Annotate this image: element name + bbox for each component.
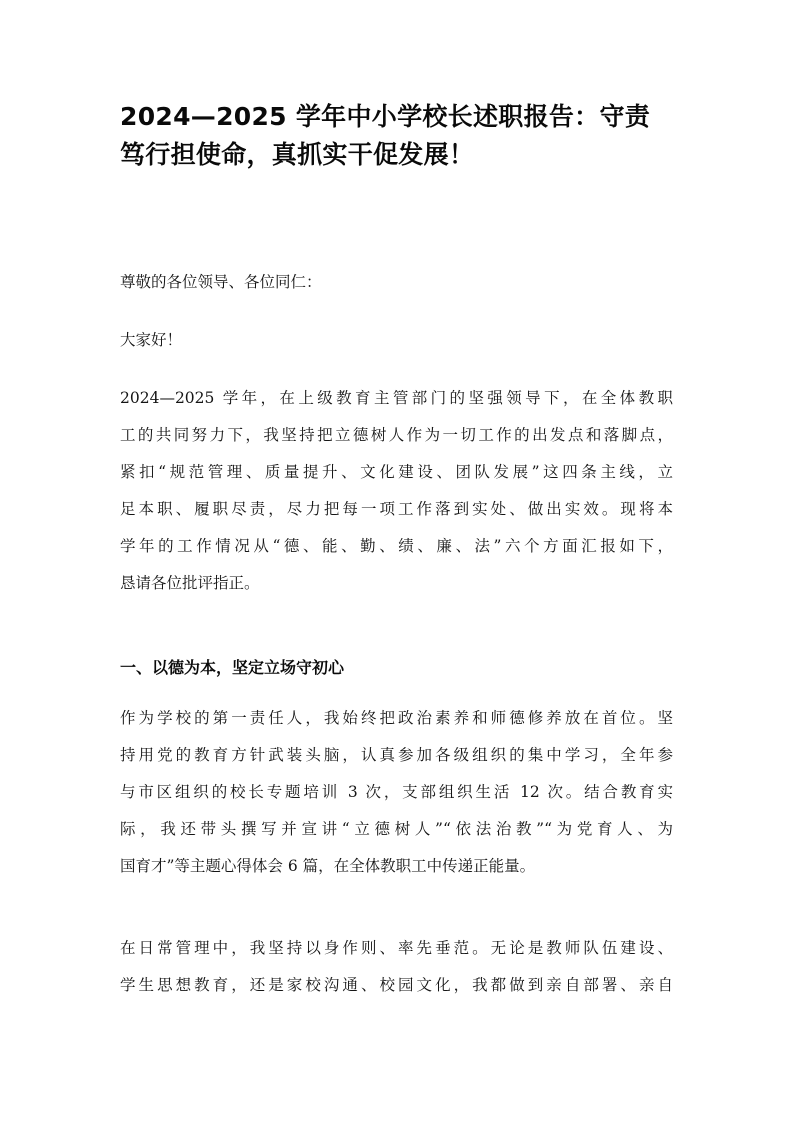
paragraph-line: 在日常管理中，我坚持以身作则、率先垂范。无论是教师队伍建设、 — [120, 930, 673, 967]
section-1-paragraph-2: 在日常管理中，我坚持以身作则、率先垂范。无论是教师队伍建设、 学生思想教育，还是… — [120, 930, 680, 1004]
salutation-text: 尊敬的各位领导、各位同仁： — [120, 264, 680, 301]
paragraph-line: 国育才”等主题心得体会 6 篇，在全体教职工中传递正能量。 — [120, 848, 673, 885]
paragraph-line: 学生思想教育，还是家校沟通、校园文化，我都做到亲自部署、亲自 — [120, 967, 673, 1004]
paragraph-line: 持用党的教育方针武装头脑，认真参加各级组织的集中学习，全年参 — [120, 737, 673, 774]
paragraph-line: 际，我还带头撰写并宣讲“立德树人”“依法治教”“为党育人、为 — [120, 811, 673, 848]
intro-paragraph: 2024—2025 学年，在上级教育主管部门的坚强领导下，在全体教职 工的共同努… — [120, 380, 680, 602]
paragraph-line: 与市区组织的校长专题培训 3 次，支部组织生活 12 次。结合教育实 — [120, 774, 673, 811]
paragraph-line: 紧扣“规范管理、质量提升、文化建设、团队发展”这四条主线，立 — [120, 454, 673, 491]
document-page: 2024—2025 学年中小学校长述职报告：守责 笃行担使命，真抓实干促发展！ … — [0, 0, 793, 1122]
paragraph-line: 恳请各位批评指正。 — [120, 565, 673, 602]
paragraph-line: 工的共同努力下，我坚持把立德树人作为一切工作的出发点和落脚点， — [120, 417, 673, 454]
greeting: 大家好！ — [120, 322, 680, 359]
title-line-2: 笃行担使命，真抓实干促发展！ — [120, 136, 680, 174]
greeting-text: 大家好！ — [120, 322, 680, 359]
title-line-1: 2024—2025 学年中小学校长述职报告：守责 — [120, 98, 680, 136]
section-heading-1: 一、以德为本，坚定立场守初心 — [120, 649, 680, 686]
paragraph-line: 足本职、履职尽责，尽力把每一项工作落到实处、做出实效。现将本 — [120, 491, 673, 528]
paragraph-line: 学年的工作情况从“德、能、勤、绩、廉、法”六个方面汇报如下， — [120, 528, 673, 565]
salutation: 尊敬的各位领导、各位同仁： — [120, 264, 680, 301]
paragraph-line: 作为学校的第一责任人，我始终把政治素养和师德修养放在首位。坚 — [120, 700, 673, 737]
paragraph-line: 2024—2025 学年，在上级教育主管部门的坚强领导下，在全体教职 — [120, 380, 673, 417]
section-1-paragraph-1: 作为学校的第一责任人，我始终把政治素养和师德修养放在首位。坚 持用党的教育方针武… — [120, 700, 680, 885]
document-title: 2024—2025 学年中小学校长述职报告：守责 笃行担使命，真抓实干促发展！ — [120, 98, 680, 174]
